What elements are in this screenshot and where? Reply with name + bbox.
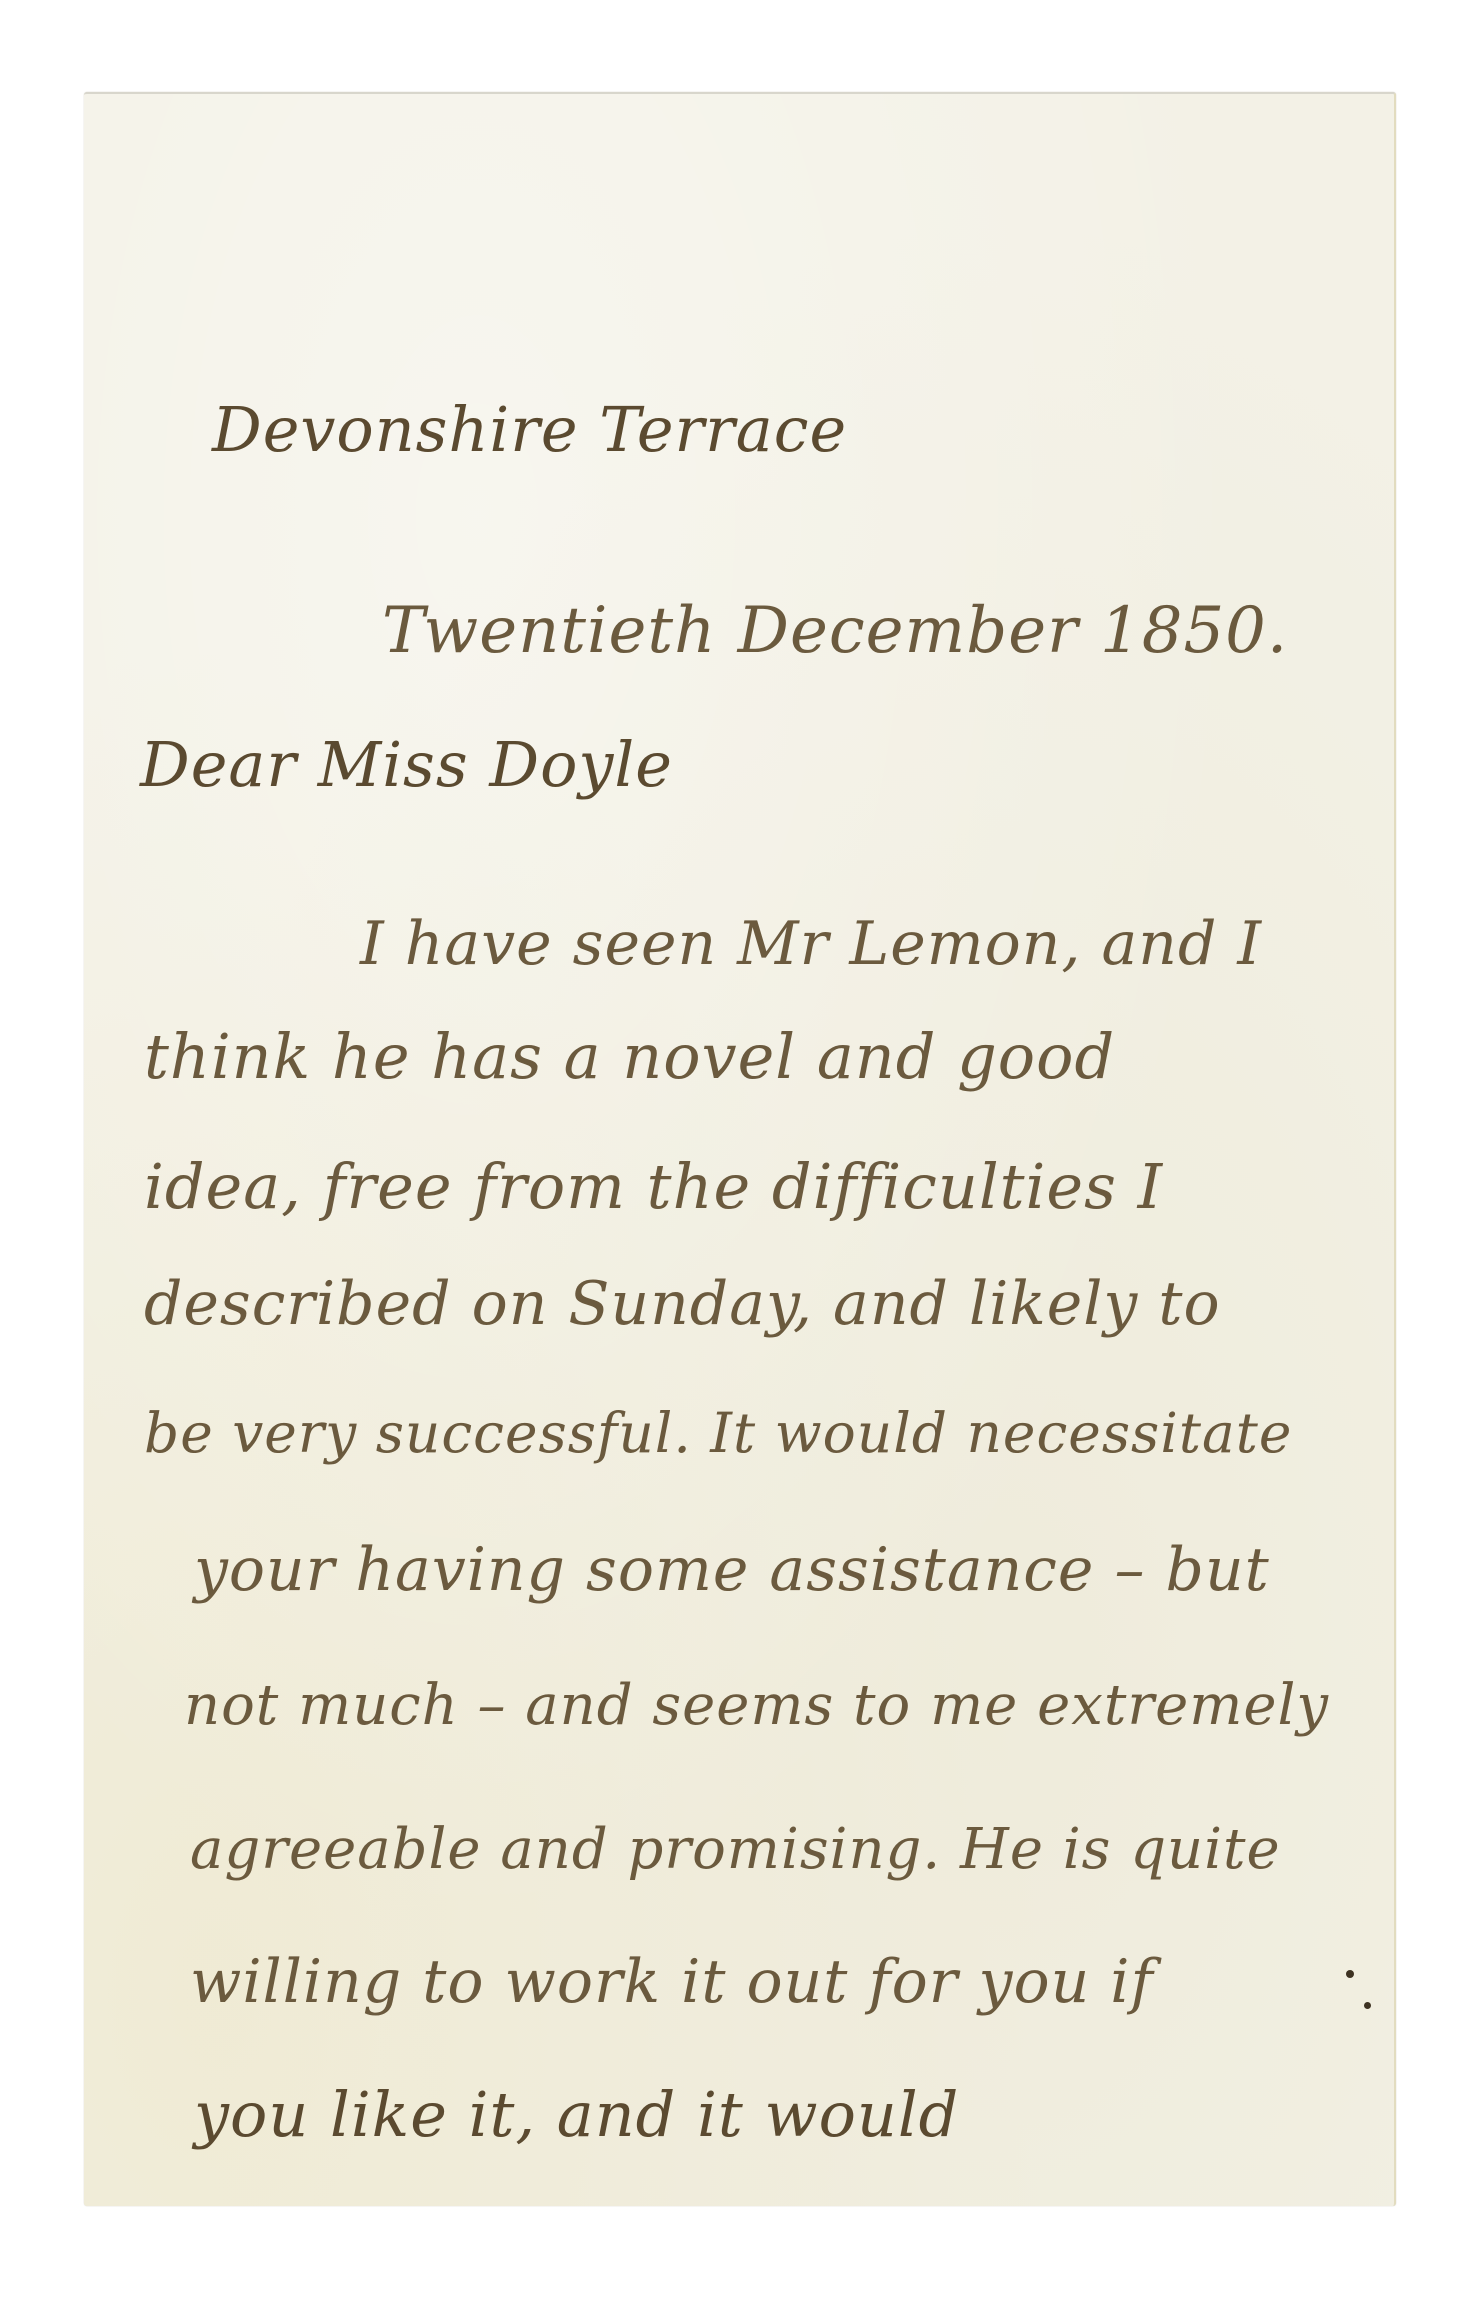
letter-body-line-7: not much – and seems to me extremely [184,1678,1329,1734]
letter-body-line-10: you like it, and it would [194,2084,959,2146]
ink-spot [1364,2002,1371,2009]
letter-body-line-5: be very successful. It would necessitate [144,1406,1292,1461]
letter-address: Devonshire Terrace [212,399,847,461]
letter-body-line-8: agreeable and promising. He is quite [190,1822,1281,1878]
letter-body-line-6: your having some assistance – but [194,1540,1270,1600]
letter-body-line-4: described on Sunday, and likely to [144,1274,1221,1334]
letter-salutation: Dear Miss Doyle [140,734,673,796]
letter-paper: Devonshire Terrace Twentieth December 18… [84,92,1396,2206]
letter-date: Twentieth December 1850. [382,599,1288,663]
letter-body-line-9: willing to work it out for you if [190,1952,1154,2012]
letter-body-line-1: I have seen Mr Lemon, and I [360,914,1262,974]
ink-spot [1346,1970,1354,1978]
letter-body-line-3: idea, free from the difficulties I [144,1156,1163,1218]
letter-body-line-2: think he has a novel and good [144,1026,1115,1088]
